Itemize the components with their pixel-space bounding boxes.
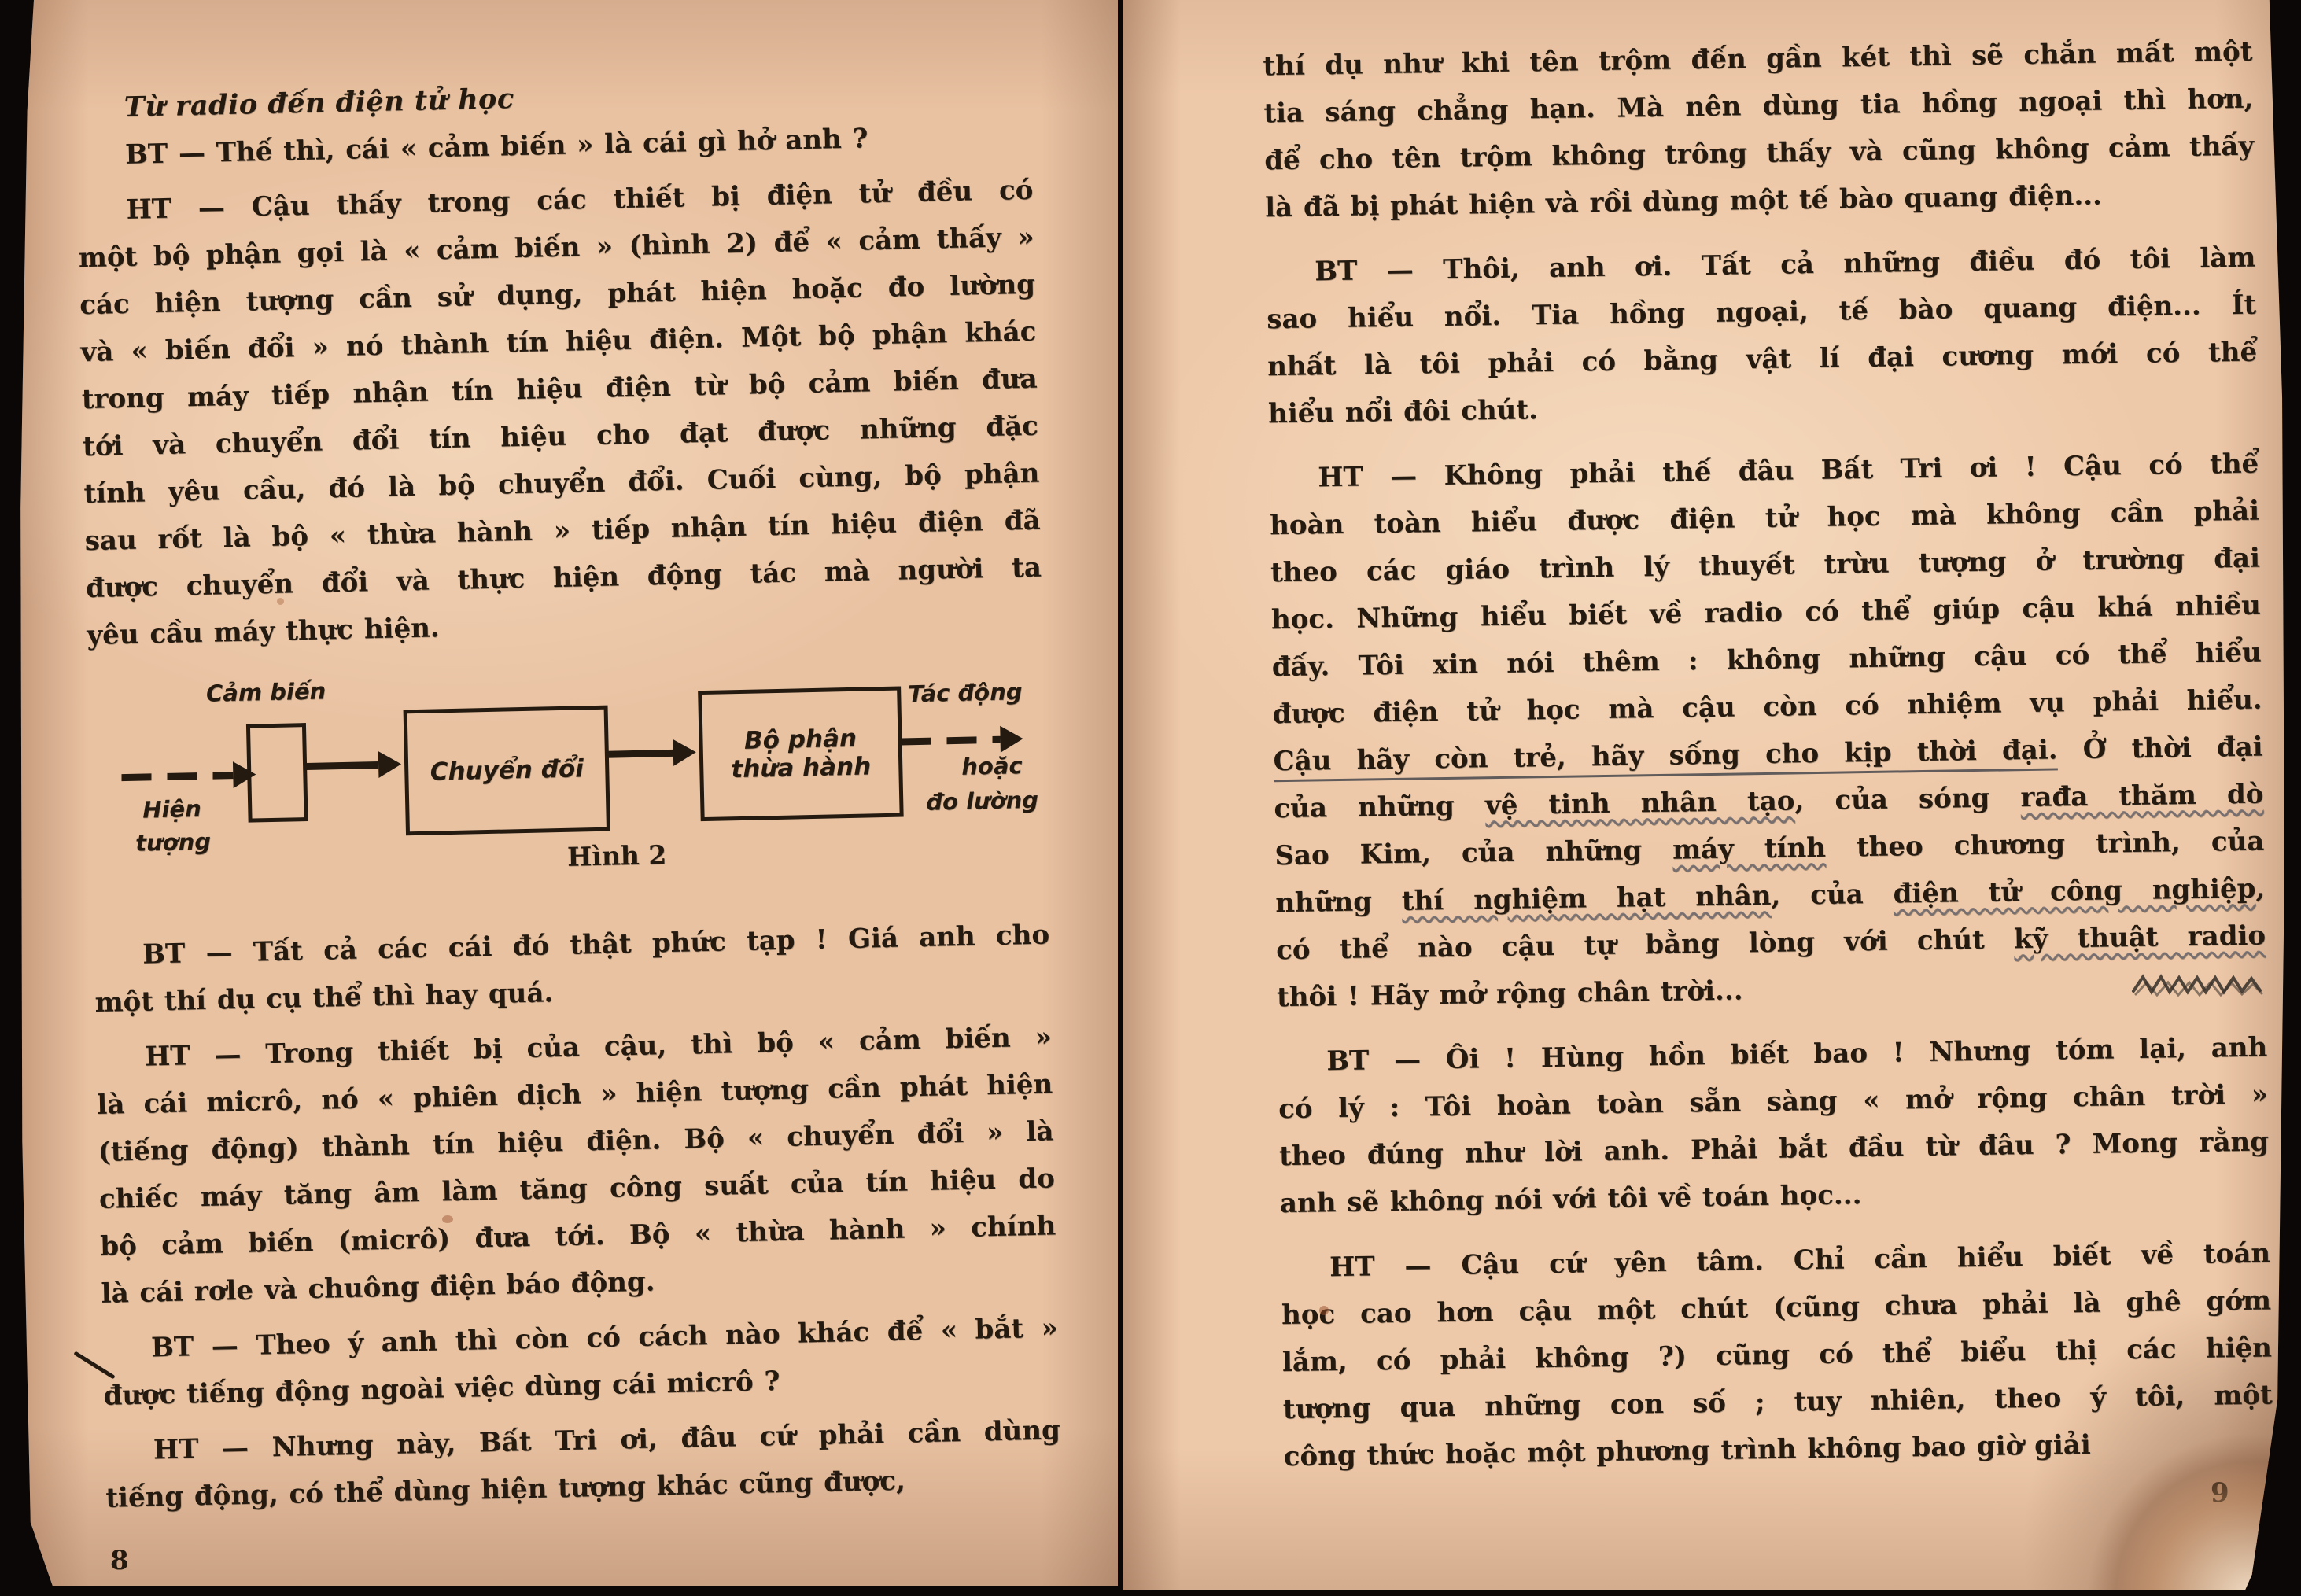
underlined-text: máy tính [1672, 832, 1826, 866]
text-segment: , [2255, 873, 2265, 905]
text-segment: Ở thời đại [2057, 732, 2263, 766]
text-segment: những [1275, 886, 1402, 919]
text-segment: Sao Kim, của những [1274, 835, 1672, 872]
underlined-text: thí nghiệm hạt nhân [1402, 880, 1772, 917]
book-scan: { "colors":{"paper_left":"#e9c2a2","pape… [0, 0, 2301, 1596]
diagram-output-arrow [902, 736, 1001, 746]
left-paragraphs-bottom: BT — Tất cả các cái đó thật phức tạp ! G… [94, 911, 1062, 1521]
text-segment: tượng qua những con số ; tuy nhiên, theo… [1283, 1379, 2273, 1425]
underlined-text: rađa thăm dò [2020, 779, 2264, 814]
paragraph: BT — Tất cả các cái đó thật phức tạp ! G… [94, 911, 1051, 1026]
left-paragraphs-top: BT — Thế thì, cái « cảm biến » là cái gì… [76, 112, 1042, 659]
text-segment: theo chương trình, của [1826, 826, 2265, 864]
text-segment: BT — Thôi, anh ơi. Tất cả những điều đó … [1315, 242, 2255, 288]
diagram-arrow-sensor-to-converter [306, 761, 378, 770]
paragraph: BT — Theo ý anh thì còn có cách nào khác… [102, 1304, 1060, 1419]
diagram-sensor-box [246, 723, 308, 823]
text-segment: để cho tên trộm không trông thấy và cũng… [1264, 131, 2254, 177]
text-segment: có thể nào cậu tự bằng lòng với chút [1276, 923, 2014, 966]
text-segment: HT — Cậu cứ yên tâm. Chỉ cần hiểu biết v… [1329, 1237, 2270, 1283]
text-segment: , của sóng [1794, 782, 2021, 816]
diagram-phenomenon-label-line1: Hiện [142, 796, 201, 824]
text-segment: theo các giáo trình lý thuyết trừu tượng… [1270, 543, 2260, 589]
text-segment: của những [1274, 790, 1485, 824]
text-segment: HT — Không phải thế đâu Bất Tri ơi ! Cậu… [1318, 448, 2259, 494]
left-page: Từ radio đến điện tử học BT — Thế thì, c… [17, 0, 1118, 1586]
text-segment: thôi ! Hãy mở rộng chân trời... [1277, 975, 1743, 1013]
block-diagram-figure-2: Cảm biến Hiện tượng Chuyển đổi Bộ phận t… [88, 658, 1049, 909]
paragraph: HT — Cậu cứ yên tâm. Chỉ cần hiểu biết v… [1281, 1230, 2273, 1481]
text-segment: nhất là tôi phải có bằng vật lí đại cươn… [1267, 337, 2257, 383]
text-segment: được điện tử học mà cậu còn có nhiệm vụ … [1272, 684, 2262, 731]
diagram-converter-box-label: Chuyển đổi [430, 754, 584, 786]
text-segment: hoàn toàn hiểu được điện tử học mà không… [1270, 496, 2259, 542]
text-segment: theo đúng như lời anh. Phải bắt đầu từ đ… [1279, 1126, 2269, 1173]
text-segment: lắm, có phải không ?) cũng có thể biểu t… [1282, 1332, 2272, 1378]
left-page-text-column: Từ radio đến điện tử học BT — Thế thì, c… [75, 65, 1062, 1522]
diagram-actuator-box: Bộ phận thừa hành [698, 687, 904, 822]
text-segment: là cái rơle và chuông điện báo động. [101, 1266, 655, 1310]
text-segment: BT — Thế thì, cái « cảm biến » là cái gì… [125, 123, 868, 171]
right-page: thí dụ như khi tên trộm đến gần két thì … [1123, 0, 2284, 1590]
diagram-converter-box: Chuyển đổi [404, 706, 610, 836]
page-number-left: 8 [110, 1545, 129, 1576]
text-segment: tia sáng chẳng hạn. Mà nên dùng tia hồng… [1263, 83, 2253, 130]
diagram-sensor-label: Cảm biến [206, 678, 326, 706]
diagram-output-label-line1: Tác động [908, 679, 1023, 707]
underlined-text: vệ tinh nhân tạo [1485, 785, 1795, 821]
figure-caption: Hình 2 [186, 831, 1048, 881]
diagram-actuator-box-label-line1: Bộ phận [744, 724, 857, 755]
underlined-text: điện tử công nghiệp [1893, 873, 2255, 910]
text-segment: sao hiểu nổi. Tia hồng ngoại, tế bào qua… [1267, 289, 2256, 336]
text-segment: học cao hơn cậu một chút (cũng chưa phải… [1281, 1285, 2271, 1331]
diagram-arrow-converter-to-actuator [607, 750, 673, 758]
page-number-right: 9 [2211, 1477, 2229, 1509]
paragraph: HT — Trong thiết bị của cậu, thì bộ « cả… [95, 1013, 1057, 1317]
diagram-input-arrow [121, 772, 233, 781]
text-segment: học. Những hiểu biết về radio có thể giú… [1271, 590, 2261, 636]
pencil-scribble [2131, 971, 2265, 999]
right-paragraphs: thí dụ như khi tên trộm đến gần két thì … [1263, 28, 2273, 1480]
diagram-output-label-line2: hoặc [961, 753, 1023, 780]
text-segment: được tiếng động ngoài việc dùng cái micr… [103, 1366, 780, 1412]
paragraph: HT — Không phải thế đâu Bất Tri ơi ! Cậu… [1269, 440, 2267, 1022]
text-segment: BT — Ôi ! Hùng hồn biết bao ! Nhưng tóm … [1326, 1032, 2267, 1078]
text-segment: anh sẽ không nói với tôi về toán học... [1280, 1179, 1862, 1219]
right-page-text-column: thí dụ như khi tên trộm đến gần két thì … [1263, 28, 2273, 1480]
text-segment: có lý : Tôi hoàn toàn sẵn sàng « mở rộng… [1278, 1079, 2268, 1126]
text-segment: một thí dụ cụ thể thì hay quá. [94, 977, 553, 1019]
text-segment: yêu cầu máy thực hiện. [87, 612, 440, 651]
text-segment: tiếng động, có thể dùng hiện tượng khác … [105, 1465, 905, 1514]
diagram-actuator-box-label-line2: thừa hành [731, 752, 872, 783]
diagram-output-label-line3: đo lường [926, 787, 1038, 816]
paragraph: BT — Ôi ! Hùng hồn biết bao ! Nhưng tóm … [1278, 1024, 2270, 1228]
text-segment: , của [1771, 879, 1894, 912]
paragraph: thí dụ như khi tên trộm đến gần két thì … [1263, 28, 2255, 232]
paragraph: HT — Nhưng này, Bất Tri ơi, đâu cứ phải … [104, 1406, 1061, 1521]
underlined-text: kỹ thuật radio [2014, 920, 2266, 956]
text-segment: hiểu nổi đôi chút. [1268, 394, 1538, 429]
paragraph: HT — Cậu thấy trong các thiết bị điện tử… [77, 167, 1043, 659]
text-segment: công thức hoặc một phương trình không ba… [1283, 1429, 2091, 1473]
text-segment: đấy. Tôi xin nói thêm : không những cậu … [1272, 637, 2262, 684]
paragraph: BT — Thôi, anh ơi. Tất cả những điều đó … [1266, 234, 2258, 438]
text-segment: thí dụ như khi tên trộm đến gần két thì … [1263, 36, 2252, 83]
text-segment: là đã bị phát hiện và rồi dùng một tế bà… [1265, 180, 2102, 224]
